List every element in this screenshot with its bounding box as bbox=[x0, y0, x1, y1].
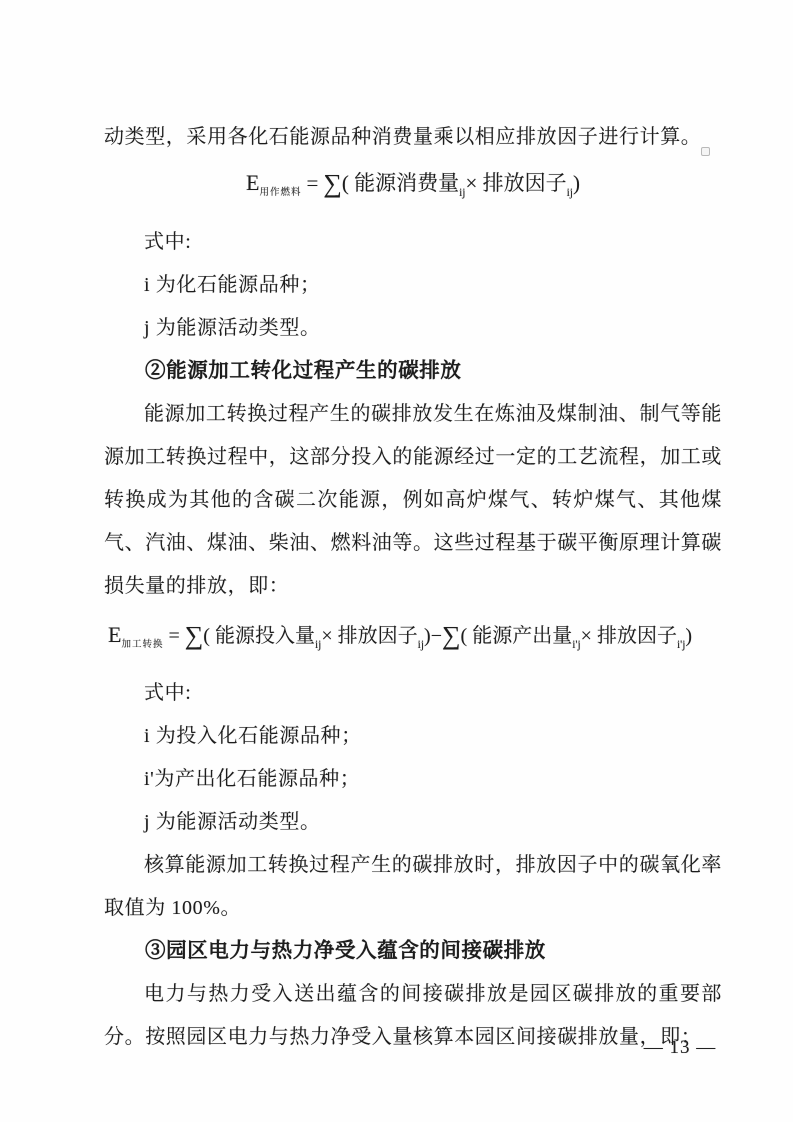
sigma-symbol: ∑ bbox=[323, 169, 342, 198]
close-paren: ) bbox=[685, 625, 692, 647]
document-page: 动类型，采用各化石能源品种消费量乘以相应排放因子进行计算。 E用作燃料=∑( 能… bbox=[0, 0, 793, 1122]
heading-indirect-emissions: ③园区电力与热力净受入蕴含的间接碳排放 bbox=[104, 930, 722, 973]
formula-symbol: E bbox=[108, 622, 121, 647]
where-label: 式中: bbox=[104, 221, 722, 264]
formula-term-factor: × 排放因子 bbox=[321, 625, 417, 647]
formula-processing-emissions: E加工转换=∑( 能源投入量ij× 排放因子ij)−∑( 能源产出量i'j× 排… bbox=[108, 617, 722, 663]
equals-sign: = bbox=[301, 171, 323, 195]
paragraph-oxidation-rate: 核算能源加工转换过程产生的碳排放时，排放因子中的碳氧化率取值为 100%。 bbox=[104, 844, 722, 930]
heading-processing-emissions: ②能源加工转化过程产生的碳排放 bbox=[104, 350, 722, 393]
where-item-j: j 为能源活动类型。 bbox=[104, 307, 722, 350]
page-number: — 13 — bbox=[620, 1037, 740, 1059]
where-label: 式中: bbox=[104, 672, 722, 715]
where-item-i: i 为化石能源品种； bbox=[104, 264, 722, 307]
paragraph-processing: 能源加工转换过程产生的碳排放发生在炼油及煤制油、制气等能源加工转换过程中，这部分… bbox=[104, 393, 722, 608]
close-paren: ) bbox=[573, 171, 580, 195]
where-item-j: j 为能源活动类型。 bbox=[104, 801, 722, 844]
formula-symbol: E bbox=[246, 170, 259, 195]
formula-symbol-subscript: 用作燃料 bbox=[259, 188, 301, 198]
equals-sign: = bbox=[163, 625, 184, 647]
where-item-i-input: i 为投入化石能源品种； bbox=[104, 715, 722, 758]
paragraph-continuation-top: 动类型，采用各化石能源品种消费量乘以相应排放因子进行计算。 bbox=[104, 116, 722, 159]
subscript-i-prime-j: i'j bbox=[572, 639, 580, 651]
document-content: 动类型，采用各化石能源品种消费量乘以相应排放因子进行计算。 E用作燃料=∑( 能… bbox=[104, 116, 722, 1059]
sigma-symbol: ∑ bbox=[442, 621, 461, 650]
formula-term-factor: × 排放因子 bbox=[466, 171, 567, 195]
formula-symbol-subscript: 加工转换 bbox=[121, 640, 163, 650]
formula-term-output: ( 能源产出量 bbox=[461, 625, 573, 647]
formula-term-input: ( 能源投入量 bbox=[203, 625, 315, 647]
minus-sign: )− bbox=[424, 625, 442, 647]
where-item-i-prime-output: i'为产出化石能源品种； bbox=[104, 758, 722, 801]
formula-term-factor: × 排放因子 bbox=[581, 625, 677, 647]
sigma-symbol: ∑ bbox=[185, 621, 204, 650]
formula-fuel-emissions: E用作燃料=∑( 能源消费量ij× 排放因子ij) bbox=[104, 166, 722, 210]
formula-term-consumption: ( 能源消费量 bbox=[342, 171, 459, 195]
